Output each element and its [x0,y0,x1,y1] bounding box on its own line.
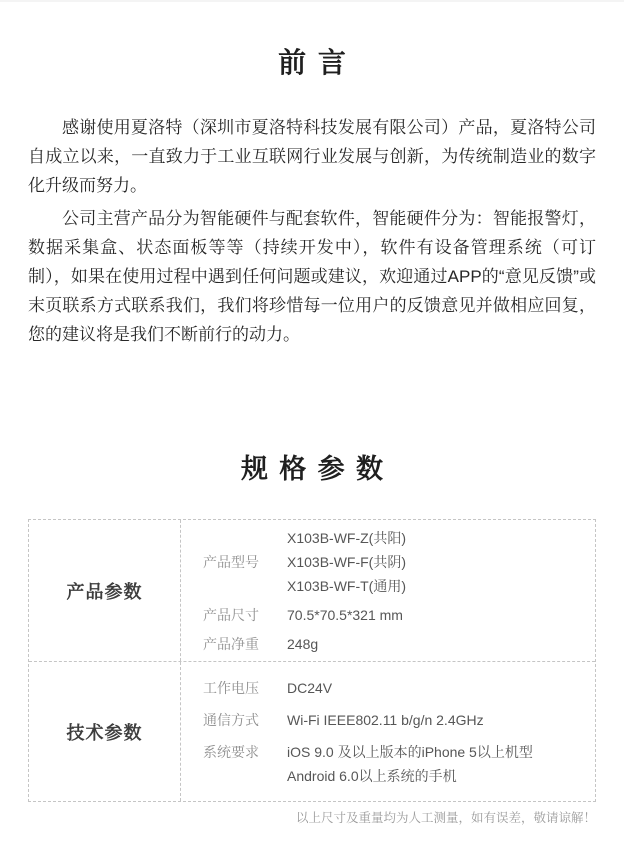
spec-value-weight: 248g [287,632,318,656]
spec-value-voltage: DC24V [287,676,332,700]
spec-rows-tech: 工作电压 DC24V 通信方式 Wi-Fi IEEE802.11 b/g/n 2… [181,662,595,801]
spec-section-header-product: 产品参数 [29,520,181,661]
spec-label-model: 产品型号 [203,550,287,574]
spec-rows-product: 产品型号 X103B-WF-Z(共阳) X103B-WF-F(共阴) X103B… [181,520,595,661]
spec-label-comms: 通信方式 [203,708,287,732]
spec-label-weight: 产品净重 [203,632,287,656]
spec-row-system: 系统要求 iOS 9.0 及以上版本的iPhone 5以上机型 Android … [203,740,585,788]
preface-title: 前言 [28,2,596,80]
spec-value-system: iOS 9.0 及以上版本的iPhone 5以上机型 Android 6.0以上… [287,740,533,788]
spec-label-voltage: 工作电压 [203,676,287,700]
spec-label-system: 系统要求 [203,740,287,764]
spec-value-size: 70.5*70.5*321 mm [287,603,403,627]
specs-section: 规格参数 产品参数 产品型号 X103B-WF-Z(共阳) X103B-WF-F… [28,349,596,827]
preface-section: 前言 感谢使用夏洛特（深圳市夏洛特科技发展有限公司）产品，夏洛特公司自成立以来，… [28,2,596,349]
spec-row-weight: 产品净重 248g [203,632,585,656]
spec-value-line: 248g [287,632,318,656]
spec-row-size: 产品尺寸 70.5*70.5*321 mm [203,603,585,627]
spec-section-header-tech: 技术参数 [29,662,181,801]
spec-row-voltage: 工作电压 DC24V [203,676,585,700]
spec-value-line: 70.5*70.5*321 mm [287,603,403,627]
measurement-footnote: 以上尺寸及重量均为人工测量，如有误差，敬请谅解！ [28,810,596,827]
spec-value-model: X103B-WF-Z(共阳) X103B-WF-F(共阴) X103B-WF-T… [287,526,406,598]
spec-label-size: 产品尺寸 [203,603,287,627]
specs-title: 规格参数 [28,349,596,486]
spec-section-tech: 技术参数 工作电压 DC24V 通信方式 Wi-Fi IEEE802.11 b/… [29,661,595,801]
page-content: 前言 感谢使用夏洛特（深圳市夏洛特科技发展有限公司）产品，夏洛特公司自成立以来，… [0,2,624,827]
preface-paragraph-1: 感谢使用夏洛特（深圳市夏洛特科技发展有限公司）产品，夏洛特公司自成立以来，一直致… [28,113,596,200]
preface-paragraph-2: 公司主营产品分为智能硬件与配套软件，智能硬件分为：智能报警灯，数据采集盒、状态面… [28,204,596,349]
spec-value-line: iOS 9.0 及以上版本的iPhone 5以上机型 [287,740,533,764]
spec-value-line: X103B-WF-T(通用) [287,574,406,598]
spec-value-line: X103B-WF-F(共阴) [287,550,406,574]
spec-value-line: Wi-Fi IEEE802.11 b/g/n 2.4GHz [287,708,484,732]
spec-section-product: 产品参数 产品型号 X103B-WF-Z(共阳) X103B-WF-F(共阴) … [29,520,595,661]
manual-page: 前言 感谢使用夏洛特（深圳市夏洛特科技发展有限公司）产品，夏洛特公司自成立以来，… [0,0,624,848]
spec-value-line: Android 6.0以上系统的手机 [287,764,533,788]
spec-value-line: DC24V [287,676,332,700]
spec-row-comms: 通信方式 Wi-Fi IEEE802.11 b/g/n 2.4GHz [203,708,585,732]
spec-table: 产品参数 产品型号 X103B-WF-Z(共阳) X103B-WF-F(共阴) … [28,519,596,802]
spec-row-model: 产品型号 X103B-WF-Z(共阳) X103B-WF-F(共阴) X103B… [203,526,585,598]
spec-value-comms: Wi-Fi IEEE802.11 b/g/n 2.4GHz [287,708,484,732]
spec-value-line: X103B-WF-Z(共阳) [287,526,406,550]
